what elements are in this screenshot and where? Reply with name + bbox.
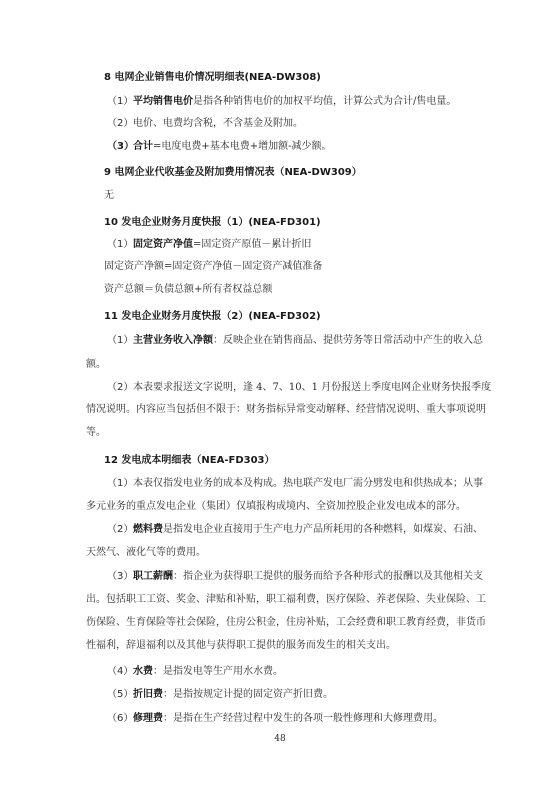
item-text: 电价、电费均含税，不含基金及附加。 [133,118,303,129]
item-number: （5） [107,688,133,701]
section-12-item-2: （2）燃料费是指发电企业直接用于生产电力产品所耗用的各种燃料，如煤炭、石油、 [107,523,474,536]
item-text: 是指发电企业直接用于生产电力产品所耗用的各种燃料，如煤炭、石油、 [163,524,483,535]
section-12-item-1: （1）本表仅指发电业务的成本及构成。热电联产发电厂需分劈发电和供热成本；从事 [107,477,474,490]
item-number: （3） [107,140,133,153]
item-number: （2） [107,381,133,394]
item-term: 水费 [133,666,153,677]
item-text: ：是指发电等生产用水水费。 [153,666,283,677]
section-9-text: 无 [104,189,114,202]
item-term: 合计 [133,141,153,152]
item-term: 职工薪酬 [133,571,173,582]
section-12-item-6: （6）修理费：是指在生产经营过程中发生的各项一般性修理和大修理费用。 [107,712,443,725]
section-10-formula-2: 资产总额＝负债总额+所有者权益总额 [104,283,272,296]
section-8-item-2: （2）电价、电费均含税，不含基金及附加。 [107,117,303,130]
section-12-heading: 12 发电成本明细表（NEA-FD303） [104,454,275,467]
section-12-item-3-cont: 性福利，辞退福利以及其他与获得职工提供的服务而发生的相关支出。 [86,639,396,652]
item-text: 本表要求报送文字说明，逢 4、7、10、1 月份报送上季度电网企业财务快报季度 [133,382,491,393]
item-text: 本表仅指发电业务的成本及构成。热电联产发电厂需分劈发电和供热成本；从事 [133,478,483,489]
section-10-formula-1: 固定资产净额=固定资产净值－固定资产减值准备 [104,260,322,273]
item-term: 折旧费 [133,689,163,700]
item-text: ：是指在生产经营过程中发生的各项一般性修理和大修理费用。 [163,713,443,724]
section-12-item-3: （3）职工薪酬：指企业为获得职工提供的服务而给予各种形式的报酬以及其他相关支 [107,570,474,583]
item-number: （1） [107,95,133,108]
item-term: 燃料费 [133,524,163,535]
item-number: （2） [107,523,133,536]
item-term: 固定资产净值 [133,239,193,250]
item-term: 修理费 [133,713,163,724]
section-11-item-2: （2）本表要求报送文字说明，逢 4、7、10、1 月份报送上季度电网企业财务快报… [107,381,474,394]
section-8-item-3: （3）合计=电度电费+基本电费+增加额-减少额。 [107,140,332,153]
item-number: （3） [107,570,133,583]
item-text: 是指各种销售电价的加权平均值，计算公式为合计/售电量。 [193,96,456,107]
section-8-heading: 8 电网企业销售电价情况明细表(NEA-DW308) [104,71,321,84]
section-9-heading: 9 电网企业代收基金及附加费用情况表（NEA-DW309） [104,166,362,179]
section-12-item-5: （5）折旧费：是指按规定计提的固定资产折旧费。 [107,688,333,701]
item-text: ：是指按规定计提的固定资产折旧费。 [163,689,333,700]
section-12-item-2-cont: 天然气、液化气等的费用。 [86,546,206,559]
item-term: 平均销售电价 [133,96,193,107]
section-11-heading: 11 发电企业财务月度快报（2）(NEA-FD302) [104,310,321,323]
item-number: （1） [107,334,133,347]
page-number: 48 [0,734,560,744]
section-11-item-1: （1）主营业务收入净额：反映企业在销售商品、提供劳务等日常活动中产生的收入总 [107,334,474,347]
item-text: ：指企业为获得职工提供的服务而给予各种形式的报酬以及其他相关支 [173,571,483,582]
section-12-item-1-cont: 多元业务的重点发电企业（集团）仅填报构成境内、全资加控股企业发电成本的部分。 [86,500,466,513]
section-12-item-3-cont: 伤保险、生育保险等社会保险，住房公积金，住房补贴，工会经费和职工教育经费，非货币 [86,616,474,629]
item-text: =电度电费+基本电费+增加额-减少额。 [153,141,332,152]
item-number: （1） [107,477,133,490]
section-11-item-2-cont: 等。 [86,426,106,439]
item-text: ：反映企业在销售商品、提供劳务等日常活动中产生的收入总 [213,335,483,346]
section-12-item-4: （4）水费：是指发电等生产用水水费。 [107,665,283,678]
item-number: （4） [107,665,133,678]
item-number: （1） [107,238,133,251]
section-10-item-1: （1）固定资产净值=固定资产原值－累计折旧 [107,238,311,251]
section-10-heading: 10 发电企业财务月度快报（1）(NEA-FD301) [104,216,321,229]
item-number: （6） [107,712,133,725]
section-11-item-1-cont: 额。 [86,358,106,371]
item-number: （2） [107,117,133,130]
section-8-item-1: （1）平均销售电价是指各种销售电价的加权平均值，计算公式为合计/售电量。 [107,95,456,108]
section-12-item-3-cont: 出。包括职工工资、奖金、津贴和补贴，职工福利费，医疗保险、养老保险、失业保险、工 [86,593,474,606]
item-text: =固定资产原值－累计折旧 [193,239,311,250]
item-term: 主营业务收入净额 [133,335,213,346]
section-11-item-2-cont: 情况说明。内容应当包括但不限于：财务指标异常变动解释、经营情况说明、重大事项说明 [86,403,474,416]
